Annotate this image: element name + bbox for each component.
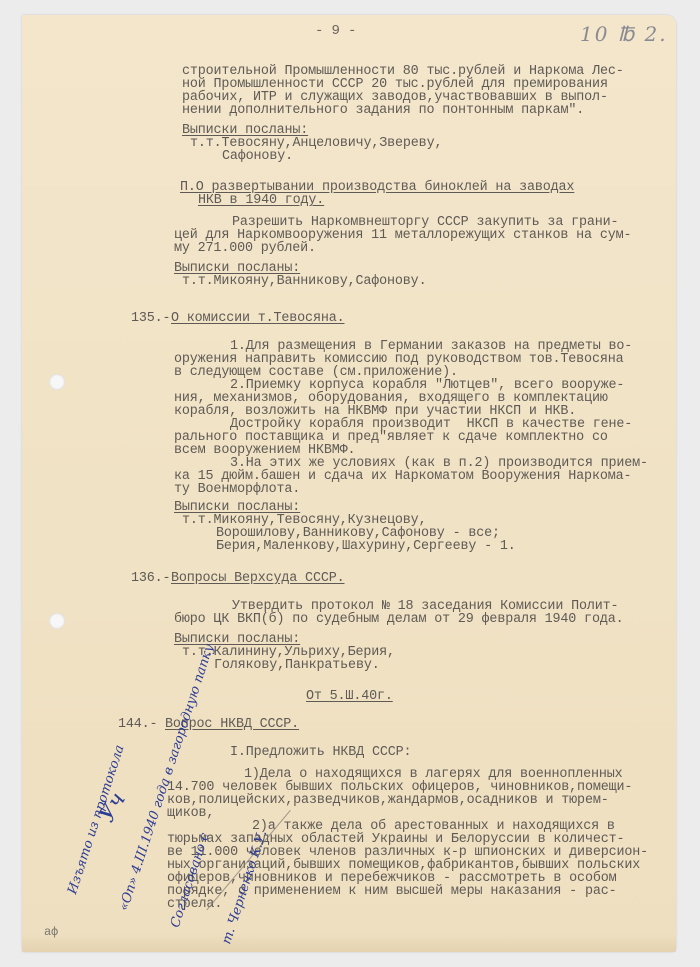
recipients-line: т.т.Микояну,Ванникову,Сафонову. <box>182 275 426 288</box>
item-body-line: ту Военморфлота. <box>174 483 300 496</box>
continuation-line: нении дополнительного задания по понтонн… <box>182 104 584 117</box>
section-title: НКВ в 1940 году. <box>198 194 324 207</box>
margin-note-line: Согласовано с <box>167 620 283 930</box>
item-number: 135.- <box>131 312 170 325</box>
item-title: Вопросы Верхсуда СССР. <box>171 572 345 585</box>
handwritten-page-ref: 10 ℔ 2. <box>580 22 668 46</box>
punch-hole <box>49 374 65 390</box>
recipients-line: Сафонову. <box>222 150 293 163</box>
margin-note-line: «Оп» 4.III.1940 года в загородную папку <box>116 603 232 913</box>
punch-hole <box>49 613 65 629</box>
section-body-line: му 271.000 рублей. <box>174 242 316 255</box>
recipients-line: Берия,Маленкову,Шахурину,Сергееву - 1. <box>216 540 516 553</box>
page-number: - 9 - <box>315 25 356 38</box>
corner-mark: аф <box>44 926 58 939</box>
item-title: О комиссии т.Тевосяна. <box>171 312 345 325</box>
